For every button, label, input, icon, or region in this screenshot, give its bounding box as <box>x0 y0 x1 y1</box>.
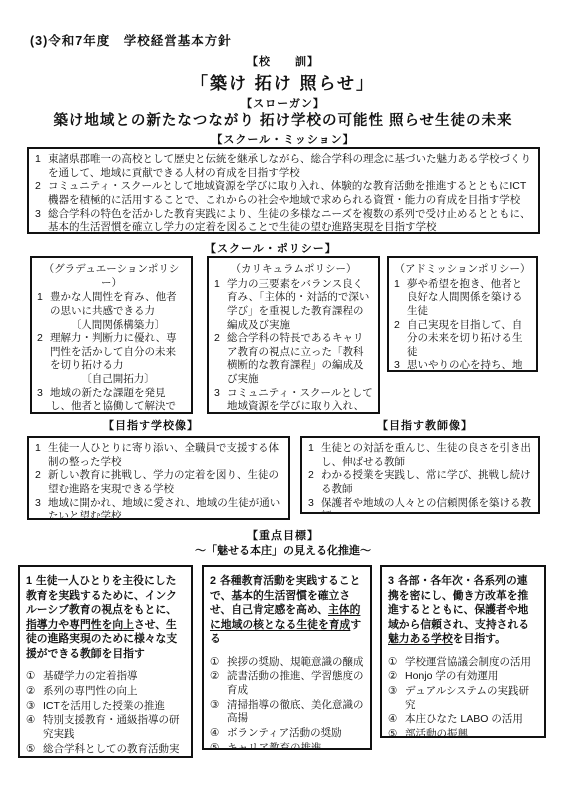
goal-item: ⑤キャリア教育の推進 <box>210 742 364 750</box>
goal-heading: 2各種教育活動を実践することで、基本的生活習慣を確立させ、自己肯定感を高め、主体… <box>210 574 364 647</box>
goal-item: ④ボランティア活動の奨励 <box>210 727 364 741</box>
goal-item-text: 学校運営協議会制度の活用 <box>405 656 538 670</box>
ideal-school-item: 3 地域に開かれ、地域に愛され、地域の生徒が通いたいと望む学校 <box>35 497 282 520</box>
goal-item-text: 読書活動の推進、学習態度の育成 <box>227 670 364 697</box>
goal-item-text: 本庄ひなた LABO の活用 <box>405 713 538 727</box>
item-text: 総合学科の特長であるキャリア教育の視点に立った「教科横断的な教育課程」の編成及び… <box>227 332 373 387</box>
goal-items: ①基礎学力の定着指導 ②系列の専門性の向上 ③ICTを活用した授業の推進 ④特別… <box>26 670 185 758</box>
goal-box-1: 1生徒一人ひとりを主役にした教育を実践するために、インクルーシブ教育の視点をもと… <box>18 565 193 758</box>
goal-item-text: ボランティア活動の奨励 <box>227 727 364 741</box>
goal-box-3: 3各部・各年次・各系列の連携を密にし、働き方改革を推進するとともに、保護者や地域… <box>380 565 546 738</box>
school-mission-box: 1 東諸県郡唯一の高校として歴史と伝統を継承しながら、総合学科の理念に基づいた魅… <box>27 147 540 234</box>
item-number: 3 <box>394 359 407 372</box>
curriculum-policy-box: （カリキュラムポリシー） 1 学力の三要素をバランス良く育み、「主体的・対話的で… <box>207 256 380 414</box>
item-text: わかる授業を実践し、常に学び、挑戦し続ける教師 <box>321 469 532 496</box>
goal-items: ①学校運営協議会制度の活用 ②Honjo 学の有効運用 ③デュアルシステムの実践… <box>388 656 538 738</box>
goal-number: 1 <box>26 575 32 587</box>
item-body: 豊かな人間性を育み、他者の思いに共感できる力 <box>50 291 177 317</box>
item-number: 2 <box>214 332 227 387</box>
policy-box-title: （グラデュエーションポリシー） <box>37 263 186 290</box>
school-policy-label: 【スクール・ポリシー】 <box>205 240 337 256</box>
goal-item: ⑤部活動の振興 <box>388 728 538 738</box>
item-text: 地域に開かれ、地域に愛され、地域の生徒が通いたいと望む学校 <box>48 497 282 520</box>
policy-item: 2 自己実現を目指して、自分の未来を切り拓ける生徒 <box>394 319 531 360</box>
goal-item: ④本庄ひなた LABO の活用 <box>388 713 538 727</box>
ideal-school-label: 【目指す学校像】 <box>103 417 199 433</box>
item-text: 新しい教育に挑戦し、学力の定着を図り、生徒の望む進路を実現できる学校 <box>48 469 282 496</box>
goal-item: ③ICTを活用した授業の推進 <box>26 700 185 714</box>
goal-heading: 3各部・各年次・各系列の連携を密にし、働き方改革を推進するとともに、保護者や地域… <box>388 574 538 647</box>
school-motto: 「築け 拓け 照らせ」 <box>0 69 566 94</box>
item-number: 3 <box>35 208 48 234</box>
item-number: 1 <box>35 153 48 180</box>
policy-item: 3 思いやりの心を持ち、地域社会の一員として一隅を照らせる生徒 <box>394 359 531 372</box>
circled-number: ② <box>210 670 227 697</box>
item-number: 1 <box>37 291 50 332</box>
goal-item: ①挨拶の奨励、規範意識の醸成 <box>210 656 364 670</box>
circled-number: ① <box>388 656 405 670</box>
goal-number: 3 <box>388 575 394 587</box>
circled-number: ① <box>26 670 43 684</box>
goal-item: ⑤総合学科としての教育活動実践 <box>26 743 185 758</box>
goal-item-text: 部活動の振興 <box>405 728 538 738</box>
priority-goals-label: 【重点目標】 <box>0 527 566 543</box>
circled-number: ③ <box>388 685 405 712</box>
goal-item-text: 基礎学力の定着指導 <box>43 670 185 684</box>
ideal-teacher-item: 3 保護者や地域の人々との信頼関係を築ける教師 <box>308 497 532 514</box>
item-number: 2 <box>394 319 407 360</box>
item-text: 理解力・判断力に優れ、専門性を活かして自分の未来を切り拓ける力 〔自己開拓力〕 <box>50 332 186 387</box>
item-text: 豊かな人間性を育み、他者の思いに共感できる力 〔人間関係構築力〕 <box>50 291 186 332</box>
circled-number: ① <box>210 656 227 670</box>
item-body: 地域の新たな課題を発見し、他者と協働して解決できる力 <box>50 387 176 414</box>
ideal-teacher-item: 2 わかる授業を実践し、常に学び、挑戦し続ける教師 <box>308 469 532 496</box>
circled-number: ⑤ <box>388 728 405 738</box>
goal-item-text: 挨拶の奨励、規範意識の醸成 <box>227 656 364 670</box>
item-text: コミュニティ・スクールとして地域資源を学びに取り入れ、体験的な教育活動を推進する… <box>48 180 532 207</box>
item-number: 2 <box>35 180 48 207</box>
school-motto-label: 【校 訓】 <box>0 53 566 69</box>
item-number: 1 <box>214 278 227 333</box>
policy-item: 2 総合学科の特長であるキャリア教育の視点に立った「教科横断的な教育課程」の編成… <box>214 332 373 387</box>
item-number: 1 <box>308 442 321 469</box>
circled-number: ⑤ <box>26 743 43 758</box>
circled-number: ④ <box>210 727 227 741</box>
goal-item: ③デュアルシステムの実践研究 <box>388 685 538 712</box>
circled-number: ② <box>26 685 43 699</box>
goal-heading-text: 各部・各年次・各系列の連携を密にし、働き方改革を推進するとともに、保護者や地域か… <box>388 575 529 631</box>
admission-policy-box: （アドミッションポリシー） 1 夢や希望を抱き、他者と良好な人間関係を築ける生徒… <box>387 256 538 372</box>
item-body: 理解力・判断力に優れ、専門性を活かして自分の未来を切り拓ける力 <box>50 332 177 371</box>
item-number: 1 <box>394 278 407 319</box>
goal-item: ②Honjo 学の有効運用 <box>388 670 538 684</box>
item-text: 自己実現を目指して、自分の未来を切り拓ける生徒 <box>407 319 531 360</box>
goal-item: ②系列の専門性の向上 <box>26 685 185 699</box>
document-title: (3)令和7年度 学校経営基本方針 <box>30 31 232 49</box>
item-number: 2 <box>37 332 50 387</box>
goal-item-text: 総合学科としての教育活動実践 <box>43 743 185 758</box>
priority-goals-subtitle: ～「魅せる本庄」の見える化推進～ <box>0 542 566 558</box>
goal-item: ④特別支援教育・通級指導の研究実践 <box>26 714 185 741</box>
goal-heading-text: 生徒一人ひとりを主役にした教育を実践するために、インクルーシブ教育の視点をもとに… <box>26 575 177 616</box>
policy-item: 1 豊かな人間性を育み、他者の思いに共感できる力 〔人間関係構築力〕 <box>37 291 186 332</box>
item-text: 生徒との対話を重んじ、生徒の良さを引き出し、伸ばせる教師 <box>321 442 532 469</box>
goal-item-text: 特別支援教育・通級指導の研究実践 <box>43 714 185 741</box>
ideal-school-item: 1 生徒一人ひとりに寄り添い、全職員で支援する体制の整った学校 <box>35 442 282 469</box>
graduation-policy-box: （グラデュエーションポリシー） 1 豊かな人間性を育み、他者の思いに共感できる力… <box>30 256 193 414</box>
item-text: 保護者や地域の人々との信頼関係を築ける教師 <box>321 497 532 514</box>
ideal-school-item: 2 新しい教育に挑戦し、学力の定着を図り、生徒の望む進路を実現できる学校 <box>35 469 282 496</box>
policy-item: 3 地域の新たな課題を発見し、他者と協働して解決できる力 〔地域貢献力〕 <box>37 387 186 414</box>
school-mission-label: 【スクール・ミッション】 <box>0 131 566 147</box>
circled-number: ③ <box>26 700 43 714</box>
circled-number: ⑤ <box>210 742 227 750</box>
goal-item-text: 清掃指導の徹底、美化意識の高揚 <box>227 699 364 726</box>
item-number: 3 <box>308 497 321 514</box>
policy-box-title: （アドミッションポリシー） <box>394 263 531 277</box>
goal-item: ①学校運営協議会制度の活用 <box>388 656 538 670</box>
item-number: 3 <box>35 497 48 520</box>
competency-tag: 〔人間関係構築力〕 <box>50 319 186 333</box>
goal-item: ②読書活動の推進、学習態度の育成 <box>210 670 364 697</box>
item-text: 東諸県郡唯一の高校として歴史と伝統を継承しながら、総合学科の理念に基づいた魅力あ… <box>48 153 532 180</box>
item-number: 2 <box>308 469 321 496</box>
item-number: 3 <box>214 387 227 414</box>
goal-box-2: 2各種教育活動を実践することで、基本的生活習慣を確立させ、自己肯定感を高め、主体… <box>202 565 372 750</box>
item-text: 総合学科の特色を活かした教育実践により、生徒の多様なニーズを複数の系列で受け止め… <box>48 208 532 234</box>
goal-number: 2 <box>210 575 216 587</box>
circled-number: ④ <box>26 714 43 741</box>
goal-item-text: ICTを活用した授業の推進 <box>43 700 185 714</box>
policy-item: 1 学力の三要素をバランス良く育み、「主体的・対話的で深い学び」を重視した教育課… <box>214 278 373 333</box>
ideal-school-box: 1 生徒一人ひとりに寄り添い、全職員で支援する体制の整った学校 2 新しい教育に… <box>27 436 290 520</box>
policy-item: 1 夢や希望を抱き、他者と良好な人間関係を築ける生徒 <box>394 278 531 319</box>
goal-item-text: デュアルシステムの実践研究 <box>405 685 538 712</box>
goal-item: ③清掃指導の徹底、美化意識の高揚 <box>210 699 364 726</box>
item-text: 地域の新たな課題を発見し、他者と協働して解決できる力 〔地域貢献力〕 <box>50 387 186 414</box>
circled-number: ② <box>388 670 405 684</box>
mission-item: 2 コミュニティ・スクールとして地域資源を学びに取り入れ、体験的な教育活動を推進… <box>35 180 532 207</box>
goal-item-text: Honjo 学の有効運用 <box>405 670 538 684</box>
policy-box-title: （カリキュラムポリシー） <box>214 263 373 277</box>
slogan-text: 築け地域との新たなつながり 拓け学校の可能性 照らせ生徒の未来 <box>0 109 566 130</box>
mission-item: 1 東諸県郡唯一の高校として歴史と伝統を継承しながら、総合学科の理念に基づいた魅… <box>35 153 532 180</box>
item-number: 1 <box>35 442 48 469</box>
ideal-teacher-item: 1 生徒との対話を重んじ、生徒の良さを引き出し、伸ばせる教師 <box>308 442 532 469</box>
goal-heading-underline: 指導力や専門性を向上 <box>26 619 134 631</box>
policy-item: 3 コミュニティ・スクールとして地域資源を学びに取り入れ、体験的な教育活動を推進… <box>214 387 373 414</box>
item-text: 思いやりの心を持ち、地域社会の一員として一隅を照らせる生徒 <box>407 359 531 372</box>
goal-item-text: キャリア教育の推進 <box>227 742 364 750</box>
item-text: 生徒一人ひとりに寄り添い、全職員で支援する体制の整った学校 <box>48 442 282 469</box>
goal-item: ①基礎学力の定着指導 <box>26 670 185 684</box>
item-text: 夢や希望を抱き、他者と良好な人間関係を築ける生徒 <box>407 278 531 319</box>
item-text: コミュニティ・スクールとして地域資源を学びに取り入れ、体験的な教育活動を推進する… <box>227 387 373 414</box>
circled-number: ③ <box>210 699 227 726</box>
ideal-teacher-label: 【目指す教師像】 <box>377 417 473 433</box>
goal-items: ①挨拶の奨励、規範意識の醸成 ②読書活動の推進、学習態度の育成 ③清掃指導の徹底… <box>210 656 364 750</box>
circled-number: ④ <box>388 713 405 727</box>
policy-item: 2 理解力・判断力に優れ、専門性を活かして自分の未来を切り拓ける力 〔自己開拓力… <box>37 332 186 387</box>
item-text: 学力の三要素をバランス良く育み、「主体的・対話的で深い学び」を重視した教育課程の… <box>227 278 373 333</box>
goal-heading-underline: 魅力ある学校 <box>388 633 453 645</box>
item-number: 3 <box>37 387 50 414</box>
goal-heading-text: を目指す。 <box>453 633 506 645</box>
competency-tag: 〔自己開拓力〕 <box>50 373 186 387</box>
ideal-teacher-box: 1 生徒との対話を重んじ、生徒の良さを引き出し、伸ばせる教師 2 わかる授業を実… <box>300 436 540 514</box>
item-number: 2 <box>35 469 48 496</box>
goal-heading: 1生徒一人ひとりを主役にした教育を実践するために、インクルーシブ教育の視点をもと… <box>26 574 185 661</box>
mission-item: 3 総合学科の特色を活かした教育実践により、生徒の多様なニーズを複数の系列で受け… <box>35 208 532 234</box>
goal-item-text: 系列の専門性の向上 <box>43 685 185 699</box>
